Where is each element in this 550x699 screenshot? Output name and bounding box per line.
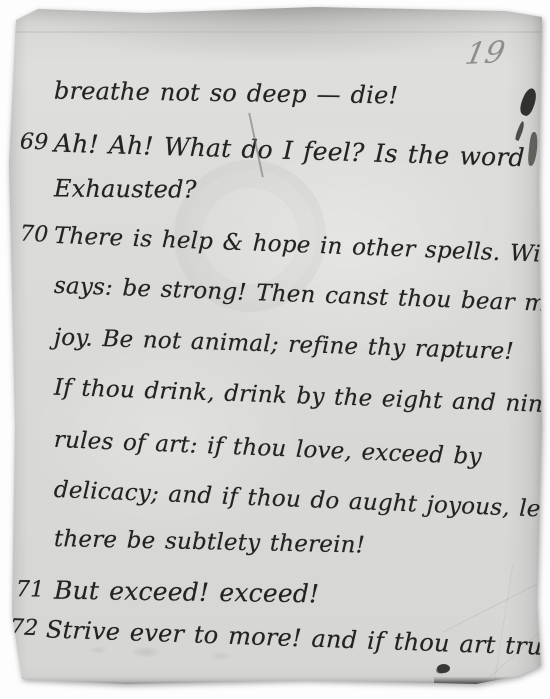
line-text: delicacy; and if thou do aught joyous, l…	[53, 474, 550, 526]
paper-crease-top	[6, 31, 544, 33]
line-text: says: be strong! Then canst thou bear mo…	[53, 270, 550, 321]
line-text: joy. Be not animal; refine thy rapture!	[53, 322, 514, 368]
scanned-manuscript: 19 breathe not so deep — die! 69 Ah! Ah!…	[0, 0, 550, 699]
verse-number: 72	[9, 612, 39, 645]
manuscript-line: 71 But exceed! exceed!	[6, 574, 544, 614]
line-text: Strive ever to more! and if thou art tru…	[45, 613, 550, 663]
verse-number: 70	[19, 219, 49, 252]
manuscript-line: 70 There is help & hope in other spells.…	[5, 218, 544, 271]
line-text: If thou drink, drink by the eight and ni…	[53, 372, 550, 422]
verse-number: 69	[19, 126, 48, 159]
manuscript-line: If thou drink, drink by the eight and ni…	[5, 370, 544, 421]
line-text: Ah! Ah! What do I feel? Is the word	[53, 128, 525, 175]
manuscript-line: 69 Ah! Ah! What do I feel? Is the word	[5, 126, 544, 175]
manuscript-page: 19 breathe not so deep — die! 69 Ah! Ah!…	[6, 4, 544, 686]
manuscript-line: Exhausted?	[6, 172, 544, 209]
line-text: there be subtlety therein!	[54, 523, 366, 562]
manuscript-line: delicacy; and if thou do aught joyous, l…	[5, 472, 544, 526]
paper-shadow-wrap: 19 breathe not so deep — die! 69 Ah! Ah!…	[0, 0, 550, 699]
line-text: Exhausted?	[54, 172, 197, 205]
line-text: There is help & hope in other spells. Wi…	[53, 220, 550, 273]
line-text: rules of art: if thou love, exceed by	[53, 424, 482, 473]
manuscript-line: says: be strong! Then canst thou bear mo…	[5, 268, 544, 320]
line-text: But exceed! exceed!	[54, 575, 320, 611]
manuscript-line: joy. Be not animal; refine thy rapture!	[5, 320, 544, 369]
ink-blot	[436, 663, 450, 674]
page-number: 19	[462, 35, 508, 72]
manuscript-line: there be subtlety therein!	[6, 522, 545, 565]
manuscript-line: rules of art: if thou love, exceed by	[5, 422, 544, 476]
verse-number: 71	[16, 574, 45, 606]
paper-edge-shadow	[434, 674, 544, 686]
manuscript-line: breathe not so deep — die!	[6, 74, 544, 114]
line-text: breathe not so deep — die!	[54, 75, 399, 112]
